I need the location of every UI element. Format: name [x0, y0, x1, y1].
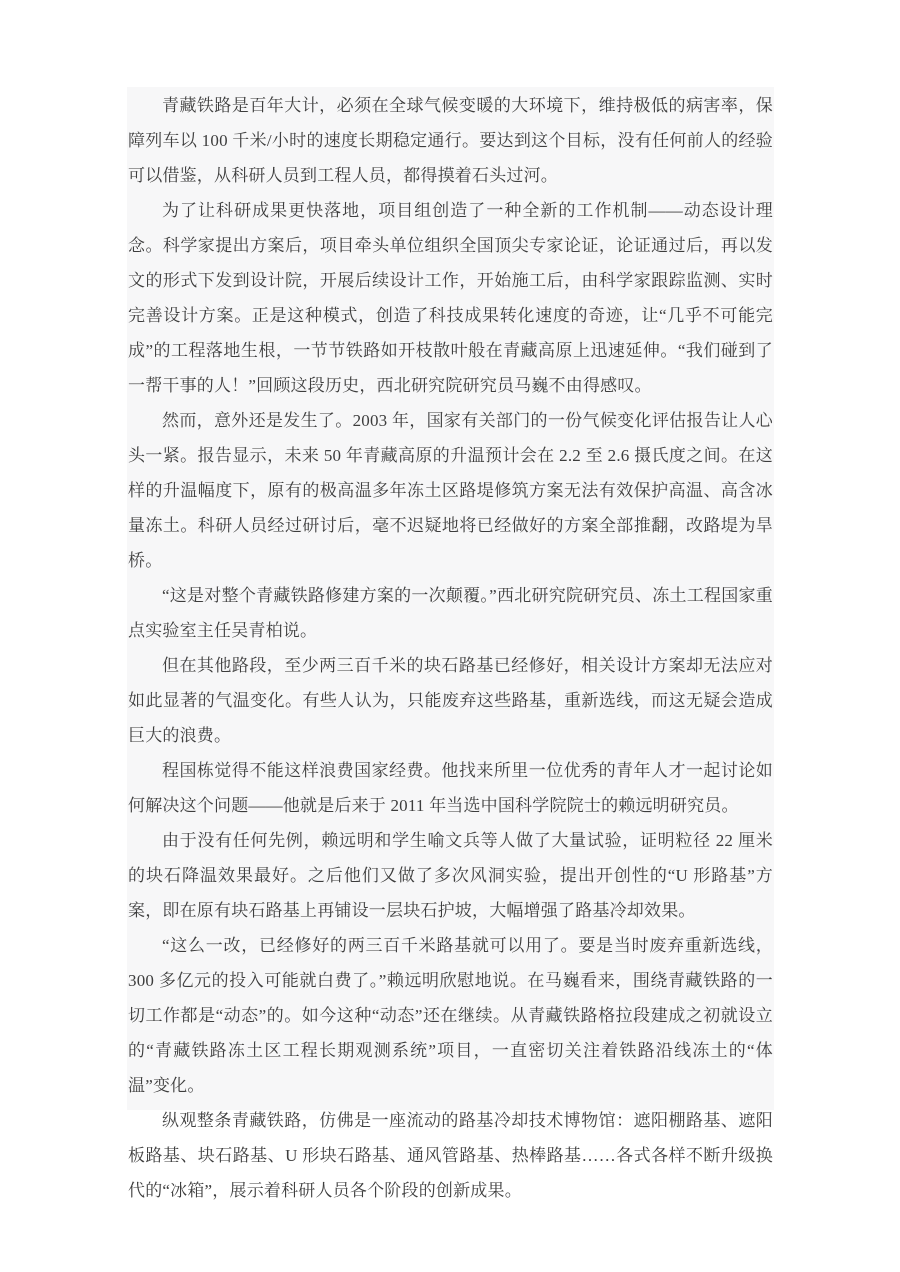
page-background: { "page": { "background_color": "#ffffff… — [0, 0, 900, 1272]
paragraph: 程国栋觉得不能这样浪费国家经费。他找来所里一位优秀的青年人才一起讨论如何解决这个… — [128, 753, 773, 823]
paragraph: “这么一改，已经修好的两三百千米路基就可以用了。要是当时废弃重新选线，300 多… — [128, 928, 773, 1103]
paragraph: 为了让科研成果更快落地，项目组创造了一种全新的工作机制——动态设计理念。科学家提… — [128, 193, 773, 403]
paragraph: 但在其他路段，至少两三百千米的块石路基已经修好，相关设计方案却无法应对如此显著的… — [128, 648, 773, 753]
paragraph: 然而，意外还是发生了。2003 年，国家有关部门的一份气候变化评估报告让人心头一… — [128, 403, 773, 578]
paragraph: 纵观整条青藏铁路，仿佛是一座流动的路基冷却技术博物馆：遮阳棚路基、遮阳板路基、块… — [128, 1103, 773, 1208]
document-page: 青藏铁路是百年大计，必须在全球气候变暖的大环境下，维持极低的病害率，保障列车以 … — [127, 87, 774, 1110]
article-body: 青藏铁路是百年大计，必须在全球气候变暖的大环境下，维持极低的病害率，保障列车以 … — [128, 88, 773, 1208]
paragraph: 青藏铁路是百年大计，必须在全球气候变暖的大环境下，维持极低的病害率，保障列车以 … — [128, 88, 773, 193]
paragraph: 由于没有任何先例，赖远明和学生喻文兵等人做了大量试验，证明粒径 22 厘米的块石… — [128, 823, 773, 928]
paragraph: “这是对整个青藏铁路修建方案的一次颠覆。”西北研究院研究员、冻土工程国家重点实验… — [128, 578, 773, 648]
